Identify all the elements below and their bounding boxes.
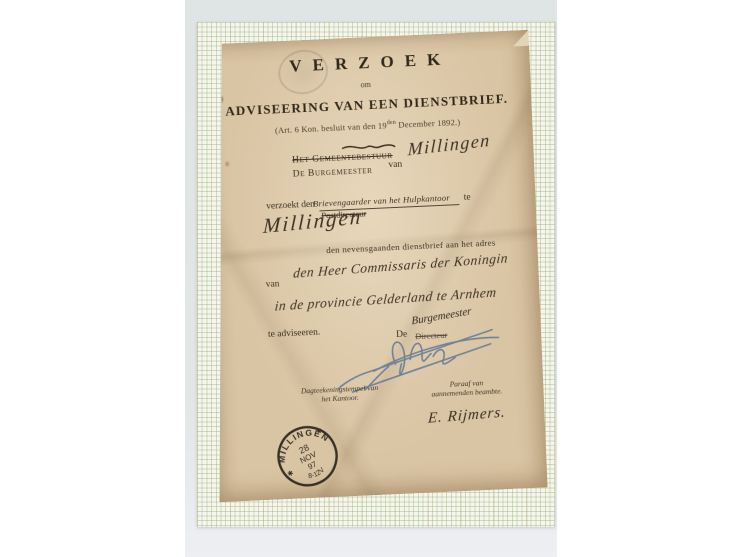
van-label: van [388, 160, 402, 172]
sender-struck-label: Het Gemeentebestuur [292, 151, 393, 166]
sender-label: De Burgemeester [293, 166, 373, 180]
office-place-row: Millingen [263, 209, 364, 238]
page: { "photo": { "backdrop_color": "#e1e5e5"… [0, 0, 740, 557]
law-reference-year: December 1892.) [396, 117, 461, 130]
millingen-datestamp-icon: MILLINGEN ✱ ✱ 28 NOV 97 8-12V [265, 413, 351, 499]
folded-corner [512, 30, 529, 47]
datestamp-caption: Dagteekeningstempel van het Kantoor. [280, 382, 399, 405]
photo-backdrop: VERZOEK om ADVISEERING VAN EEN DIENSTBRI… [185, 0, 557, 557]
handwritten-clerk-signature: E. Rijmers. [427, 404, 506, 427]
advise-label: te adviseeren. [268, 328, 321, 340]
signature-stroke [372, 337, 499, 371]
law-reference-text: (Art. 6 Kon. besluit van den 19 [275, 120, 387, 135]
addressee-row: van den Heer Commissaris der Koningin [265, 273, 280, 292]
handwritten-addressee-line1: den Heer Commissaris der Koningin [293, 250, 509, 282]
handwritten-sender-place: Millingen [408, 135, 491, 156]
te-label: te [464, 193, 471, 203]
stamp-date-year: 97 [306, 459, 318, 471]
address-van-label: van [266, 279, 280, 290]
paraaf-caption: Paraaf van aannemenden beambte. [410, 376, 523, 399]
sender-row: Het Gemeentebestuur De Burgemeester van … [292, 148, 394, 181]
document-sheet: VERZOEK om ADVISEERING VAN EEN DIENSTBRI… [199, 30, 549, 502]
